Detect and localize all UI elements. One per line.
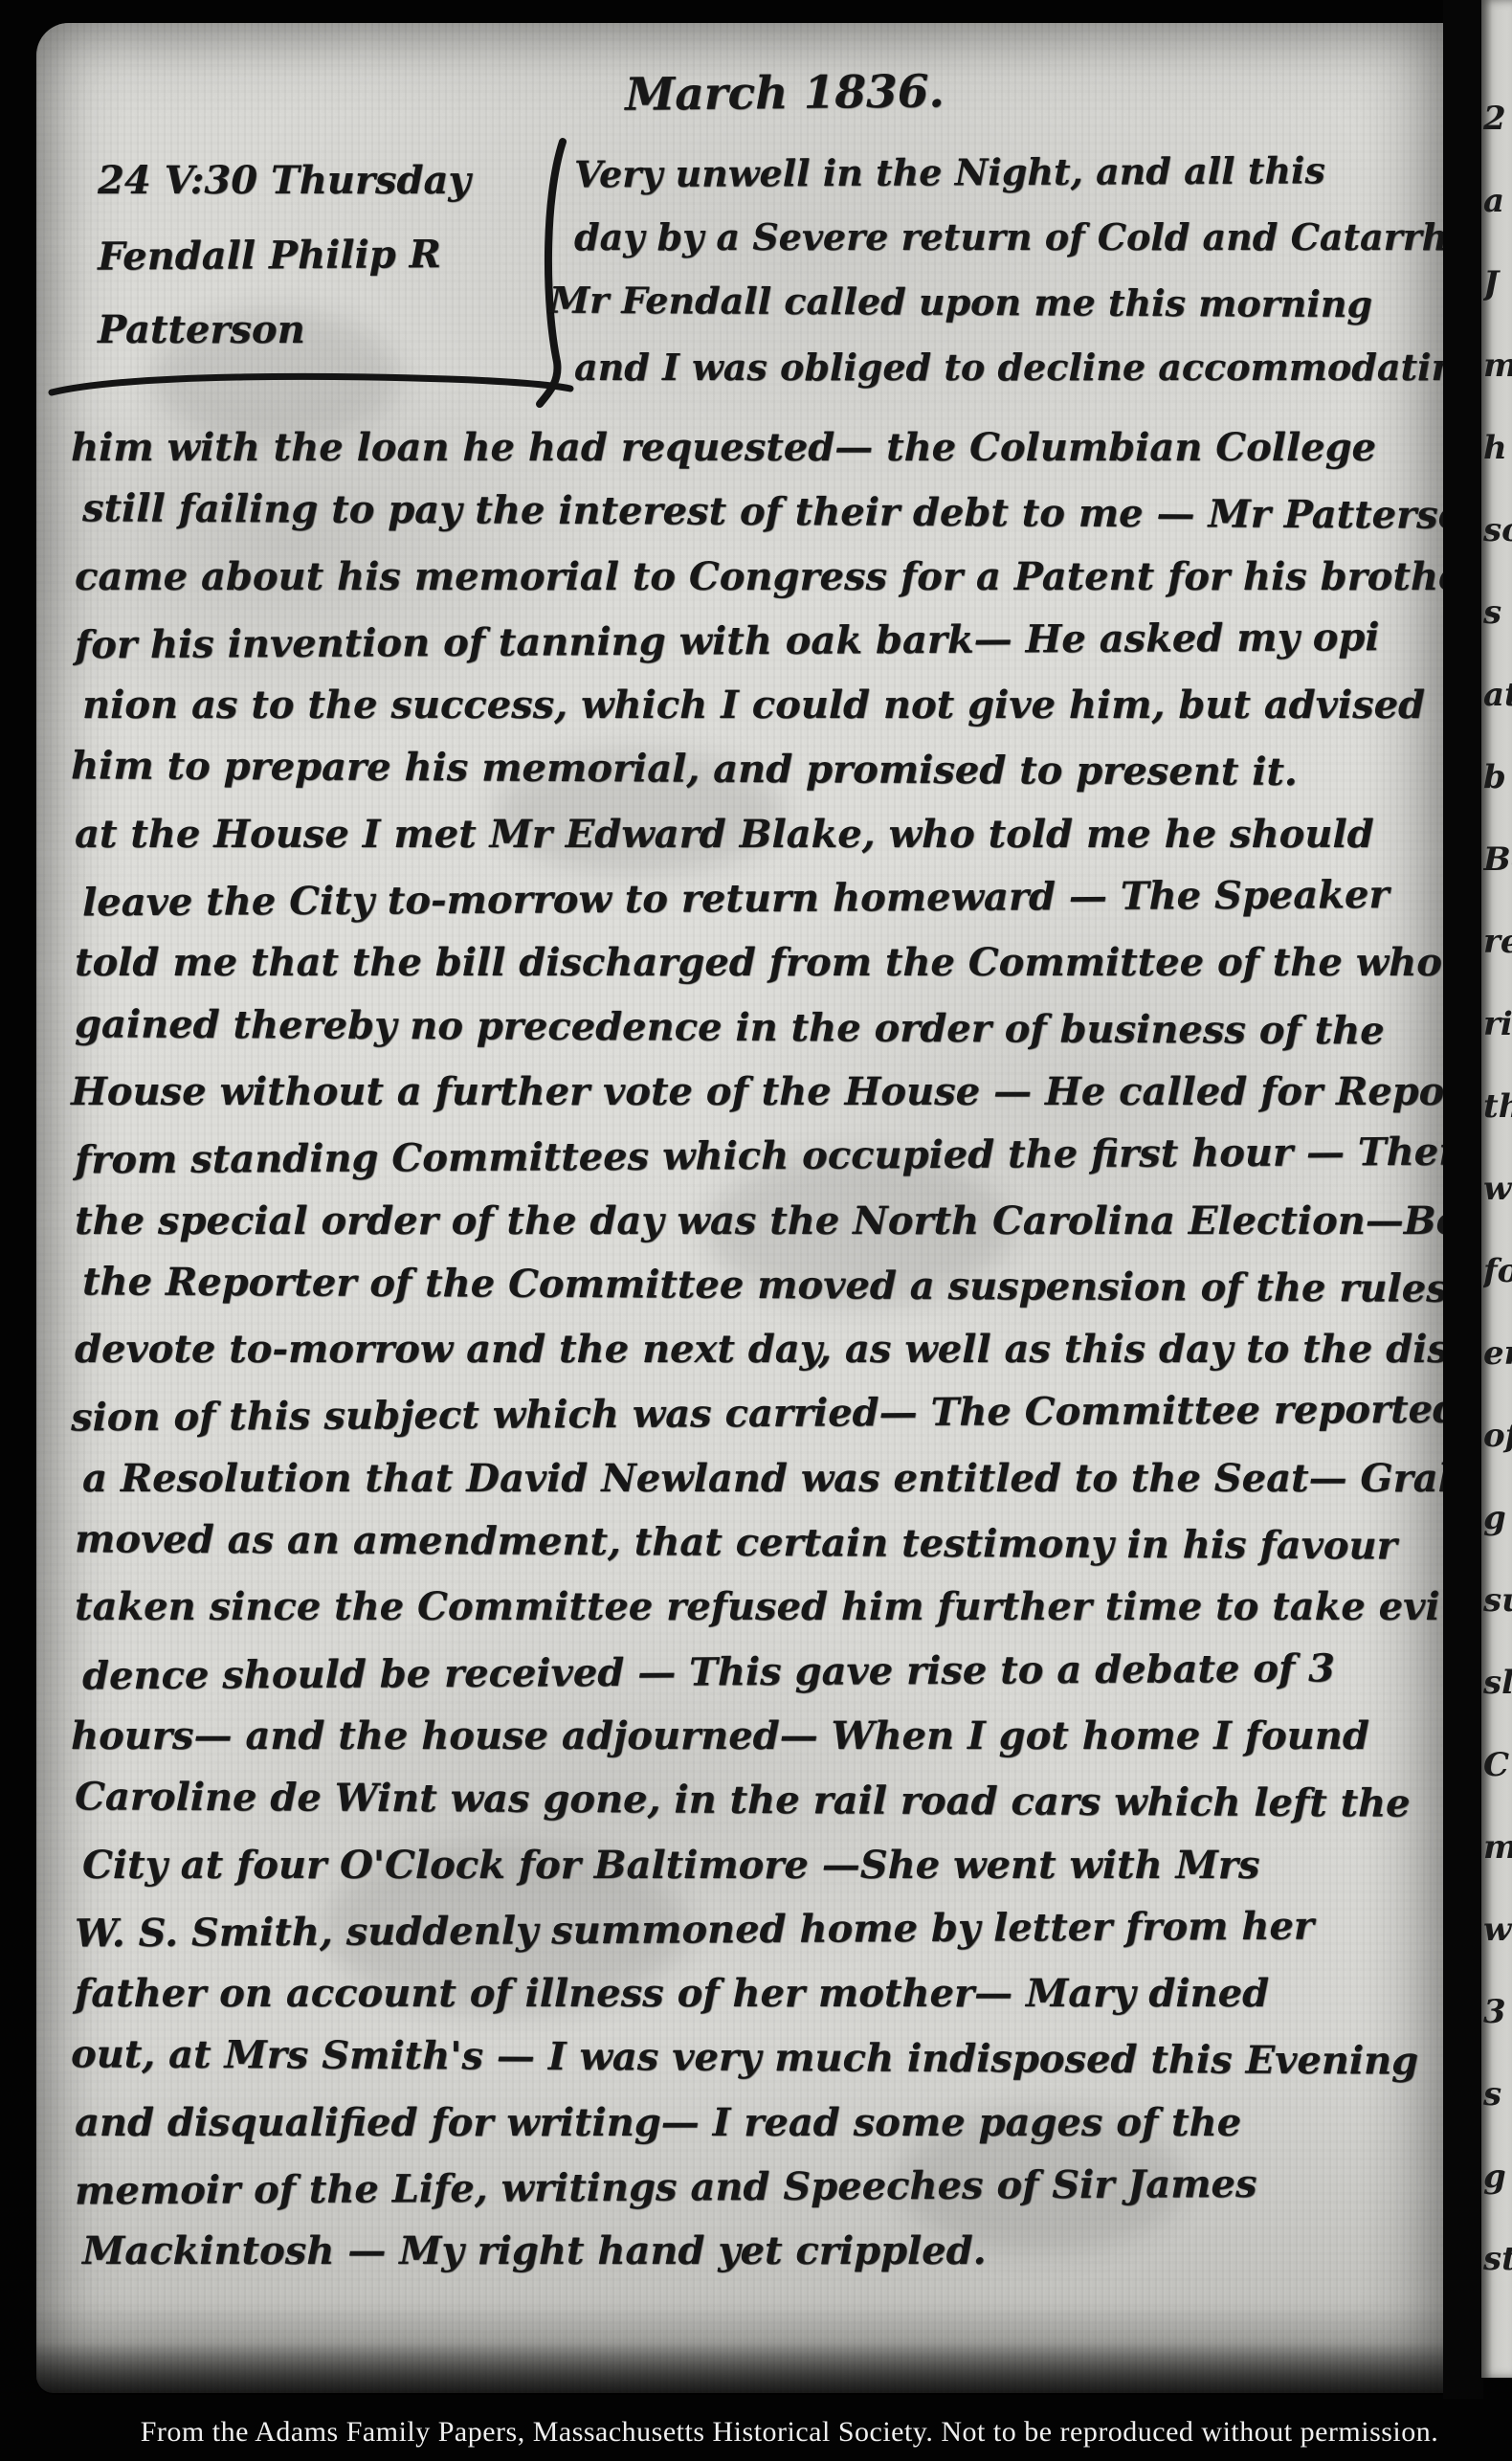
handwritten-line: from standing Committees which occupied … [75,1120,1451,1193]
partial-text-fragment: er [1483,1334,1512,1417]
handwritten-line: told me that the bill discharged from th… [75,930,1451,995]
handwritten-line: Very unwell in the Night, and all this [574,138,1435,208]
handwritten-line: still failing to pay the interest of the… [82,477,1451,548]
handwritten-line: taken since the Committee refused him fu… [75,1575,1451,1639]
handwritten-line: the special order of the day was the Nor… [75,1189,1451,1253]
manuscript-scan: March 1836. 24 V:30 Thursday Fendall Phi… [0,0,1512,2461]
entry-body-lines: him with the loan he had requested— the … [75,415,1451,2284]
partial-text-fragment: w [1483,1911,1512,1993]
adjacent-page-edge: 2aJmhsosatbBorerithwaforerofgsuslCmw3sgs… [1481,0,1512,2378]
partial-text-fragment: th [1483,1087,1512,1170]
partial-text-fragment: m [1483,1828,1512,1911]
partial-text-fragment: s [1483,2075,1512,2158]
handwritten-line: him to prepare his memorial, and promise… [71,734,1451,806]
partial-text-fragment: C [1483,1746,1512,1828]
entry-visitor-name: Patterson [98,293,528,368]
handwritten-line: House without a further vote of the Hous… [71,1060,1451,1124]
month-year-heading: March 1836. [517,64,1054,123]
partial-text-fragment: so [1483,511,1512,593]
handwritten-line: nion as to the success, which I could no… [82,673,1451,737]
partial-text-fragment: at [1483,676,1512,758]
partial-text-fragment: su [1483,1581,1512,1664]
handwritten-line: out, at Mrs Smith's — I was very much in… [71,2023,1451,2094]
handwritten-line: him with the loan he had requested— the … [71,415,1451,480]
page-gutter [1443,0,1483,2399]
entry-header-block: 24 V:30 Thursday Fendall Philip R Patter… [98,144,528,368]
handwritten-line: moved as an amendment, that certain test… [75,1507,1451,1578]
partial-text-fragment: wa [1483,1170,1512,1252]
partial-text-fragment: sl [1483,1664,1512,1746]
partial-text-fragment: Bo [1483,840,1512,923]
partial-text-fragment: ri [1483,1005,1512,1087]
partial-text-fragment: 2 [1483,100,1512,182]
handwritten-line: for his invention of tanning with oak ba… [75,604,1451,677]
partial-text-fragment: g [1483,1499,1512,1581]
partial-text-fragment: b [1483,758,1512,840]
entry-date-time: 24 V:30 Thursday [98,144,528,218]
partial-text-fragment: st [1483,2240,1512,2322]
handwritten-line: gained thereby no precedence in the orde… [75,992,1451,1063]
partial-text-fragment: s [1483,593,1512,676]
partial-text-fragment: for [1483,1252,1512,1334]
handwritten-line: a Resolution that David Newland was enti… [82,1446,1451,1510]
handwritten-line: Caroline de Wint was gone, in the rail r… [75,1764,1451,1836]
partial-text-fragment: g [1483,2158,1512,2240]
adjacent-page-fragments: 2aJmhsosatbBorerithwaforerofgsuslCmw3sgs… [1483,100,1512,2322]
handwritten-line: the Reporter of the Committee moved a su… [82,1249,1451,1321]
entry-visitor-name: Fendall Philip R [98,216,529,294]
ink-underline [46,368,578,404]
partial-text-fragment: 3 [1483,1993,1512,2075]
handwritten-line: at the House I met Mr Edward Blake, who … [75,802,1451,866]
partial-text-fragment: re [1483,923,1512,1005]
handwritten-line: City at four O'Clock for Baltimore —She … [82,1833,1451,1897]
handwritten-line: Mackintosh — My right hand yet crippled. [82,2219,1451,2283]
handwritten-line: father on account of illness of her moth… [75,1961,1451,2025]
handwritten-line: hours— and the house adjourned— When I g… [71,1704,1451,1768]
handwritten-line: devote to-morrow and the next day, as we… [75,1317,1451,1381]
partial-text-fragment: m [1483,347,1512,429]
handwritten-line: memoir of the Life, writings and Speeche… [75,2151,1451,2224]
handwritten-line: day by a Severe return of Cold and Catar… [574,205,1435,270]
handwritten-line: and disqualified for writing— I read som… [75,2091,1451,2155]
handwritten-line: Mr Fendall called upon me this morning [549,268,1435,338]
archive-credit-line: From the Adams Family Papers, Massachuse… [0,2416,1512,2449]
handwritten-line: dence should be received — This gave ris… [82,1635,1451,1708]
partial-text-fragment: a [1483,182,1512,264]
entry-opening-lines: Very unwell in the Night, and all thisda… [574,140,1435,400]
handwritten-line: and I was obliged to decline accommodati… [574,335,1435,400]
partial-text-fragment: J [1483,264,1512,347]
handwritten-line: sion of this subject which was carried— … [71,1377,1451,1450]
handwritten-line: W. S. Smith, suddenly summoned home by l… [75,1892,1451,1965]
handwritten-line: came about his memorial to Congress for … [75,545,1451,609]
partial-text-fragment: h [1483,429,1512,511]
handwritten-line: leave the City to-morrow to return homew… [82,862,1451,935]
partial-text-fragment: of [1483,1417,1512,1499]
